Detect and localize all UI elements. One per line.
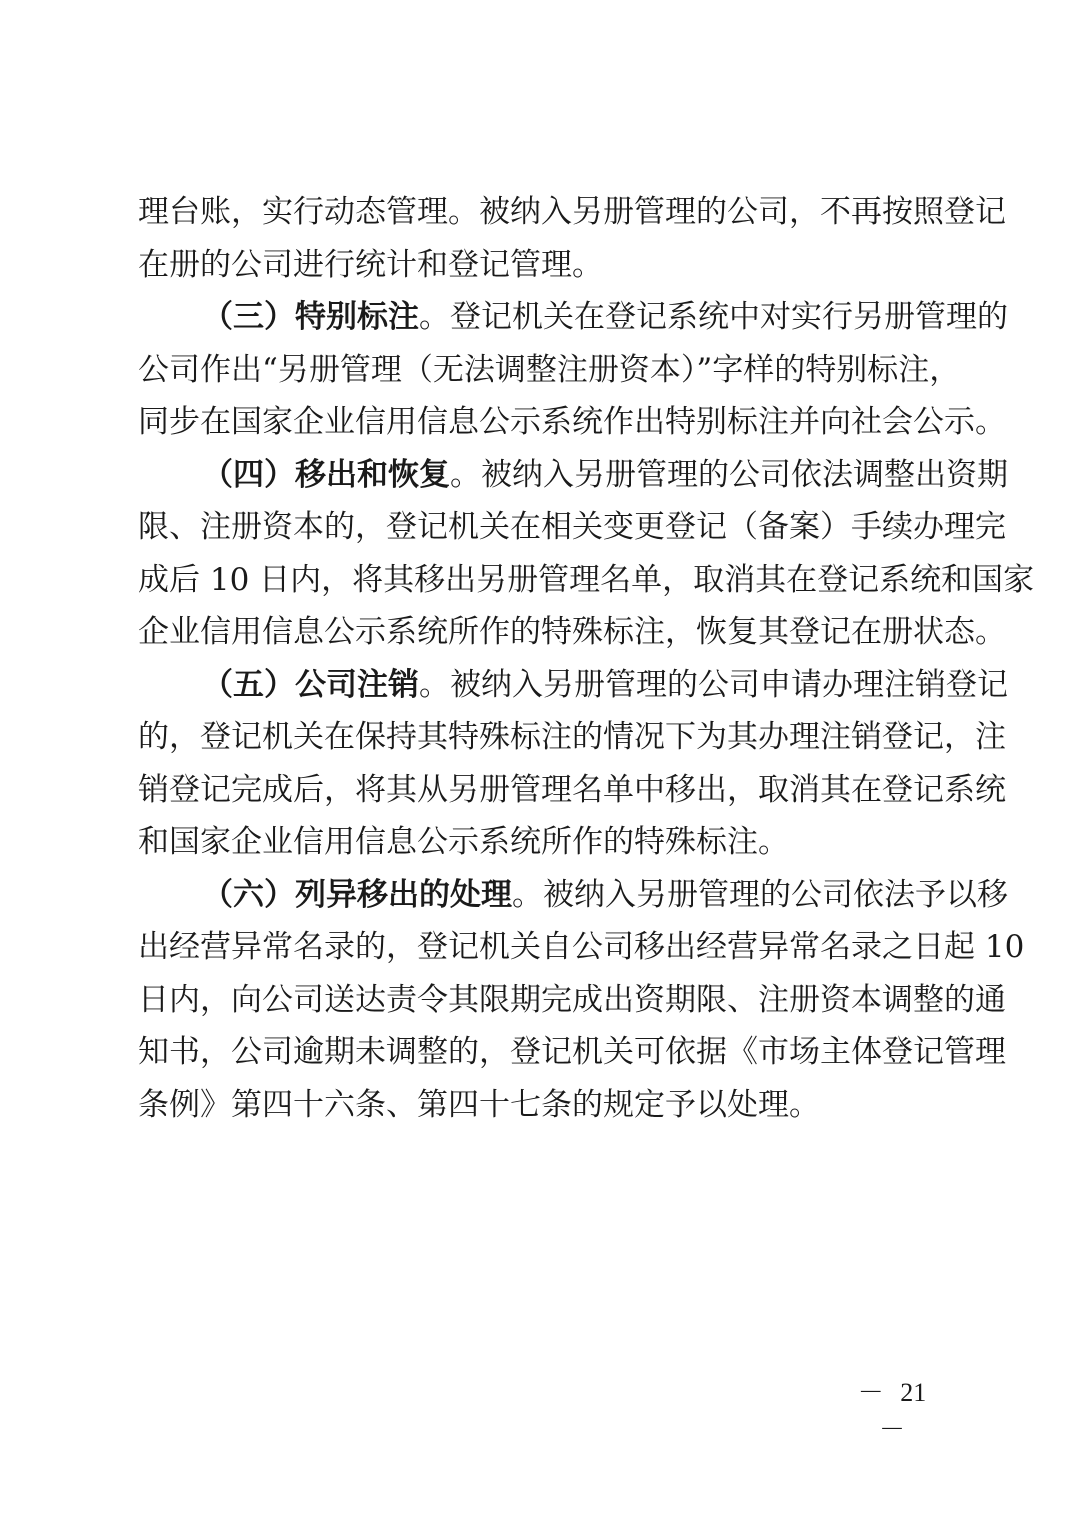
text-line: 理台账，实行动态管理。被纳入另册管理的公司，不再按照登记 bbox=[138, 186, 938, 239]
text-line: 日内，向公司送达责令其限期完成出资期限、注册资本调整的通 bbox=[138, 974, 938, 1027]
paragraph-abnormal-list-removal: （六）列异移出的处理。被纳入另册管理的公司依法予以移 出经营异常名录的，登记机关… bbox=[138, 869, 938, 1132]
section-heading: （五）公司注销 bbox=[202, 667, 419, 703]
text-line: （三）特别标注。登记机关在登记系统中对实行另册管理的 bbox=[138, 291, 938, 344]
text-line: （四）移出和恢复。被纳入另册管理的公司依法调整出资期 bbox=[138, 449, 938, 502]
text-line: 成后 10 日内，将其移出另册管理名单，取消其在登记系统和国家 bbox=[138, 554, 938, 607]
text-line: 和国家企业信用信息公示系统所作的特殊标注。 bbox=[138, 816, 938, 869]
text-line: 同步在国家企业信用信息公示系统作出特别标注并向社会公示。 bbox=[138, 396, 938, 449]
page-number: － 21 － bbox=[842, 1372, 942, 1446]
text-line: 条例》第四十六条、第四十七条的规定予以处理。 bbox=[138, 1079, 938, 1132]
text-run: 。登记机关在登记系统中对实行另册管理的 bbox=[419, 299, 1008, 335]
text-line: 的，登记机关在保持其特殊标注的情况下为其办理注销登记，注 bbox=[138, 711, 938, 764]
text-line: 企业信用信息公示系统所作的特殊标注，恢复其登记在册状态。 bbox=[138, 606, 938, 659]
paragraph-removal-restoration: （四）移出和恢复。被纳入另册管理的公司依法调整出资期 限、注册资本的，登记机关在… bbox=[138, 449, 938, 659]
text-run: 。被纳入另册管理的公司依法调整出资期 bbox=[450, 457, 1008, 493]
text-line: （六）列异移出的处理。被纳入另册管理的公司依法予以移 bbox=[138, 869, 938, 922]
text-line: 限、注册资本的，登记机关在相关变更登记（备案）手续办理完 bbox=[138, 501, 938, 554]
text-run: 。被纳入另册管理的公司申请办理注销登记 bbox=[419, 667, 1008, 703]
paragraph-company-deregistration: （五）公司注销。被纳入另册管理的公司申请办理注销登记 的，登记机关在保持其特殊标… bbox=[138, 659, 938, 869]
paragraph-special-marking: （三）特别标注。登记机关在登记系统中对实行另册管理的 公司作出“另册管理（无法调… bbox=[138, 291, 938, 449]
text-line: 出经营异常名录的，登记机关自公司移出经营异常名录之日起 10 bbox=[138, 921, 938, 974]
text-line: 公司作出“另册管理（无法调整注册资本）”字样的特别标注， bbox=[138, 344, 938, 397]
paragraph-continuation: 理台账，实行动态管理。被纳入另册管理的公司，不再按照登记 在册的公司进行统计和登… bbox=[138, 186, 938, 291]
section-heading: （三）特别标注 bbox=[202, 299, 419, 335]
text-line: 知书，公司逾期未调整的，登记机关可依据《市场主体登记管理 bbox=[138, 1026, 938, 1079]
document-body: 理台账，实行动态管理。被纳入另册管理的公司，不再按照登记 在册的公司进行统计和登… bbox=[138, 186, 938, 1131]
text-line: 在册的公司进行统计和登记管理。 bbox=[138, 239, 938, 292]
text-line: 销登记完成后，将其从另册管理名单中移出，取消其在登记系统 bbox=[138, 764, 938, 817]
text-line: （五）公司注销。被纳入另册管理的公司申请办理注销登记 bbox=[138, 659, 938, 712]
section-heading: （四）移出和恢复 bbox=[202, 457, 450, 493]
text-run: 。被纳入另册管理的公司依法予以移 bbox=[512, 877, 1008, 913]
section-heading: （六）列异移出的处理 bbox=[202, 877, 512, 913]
